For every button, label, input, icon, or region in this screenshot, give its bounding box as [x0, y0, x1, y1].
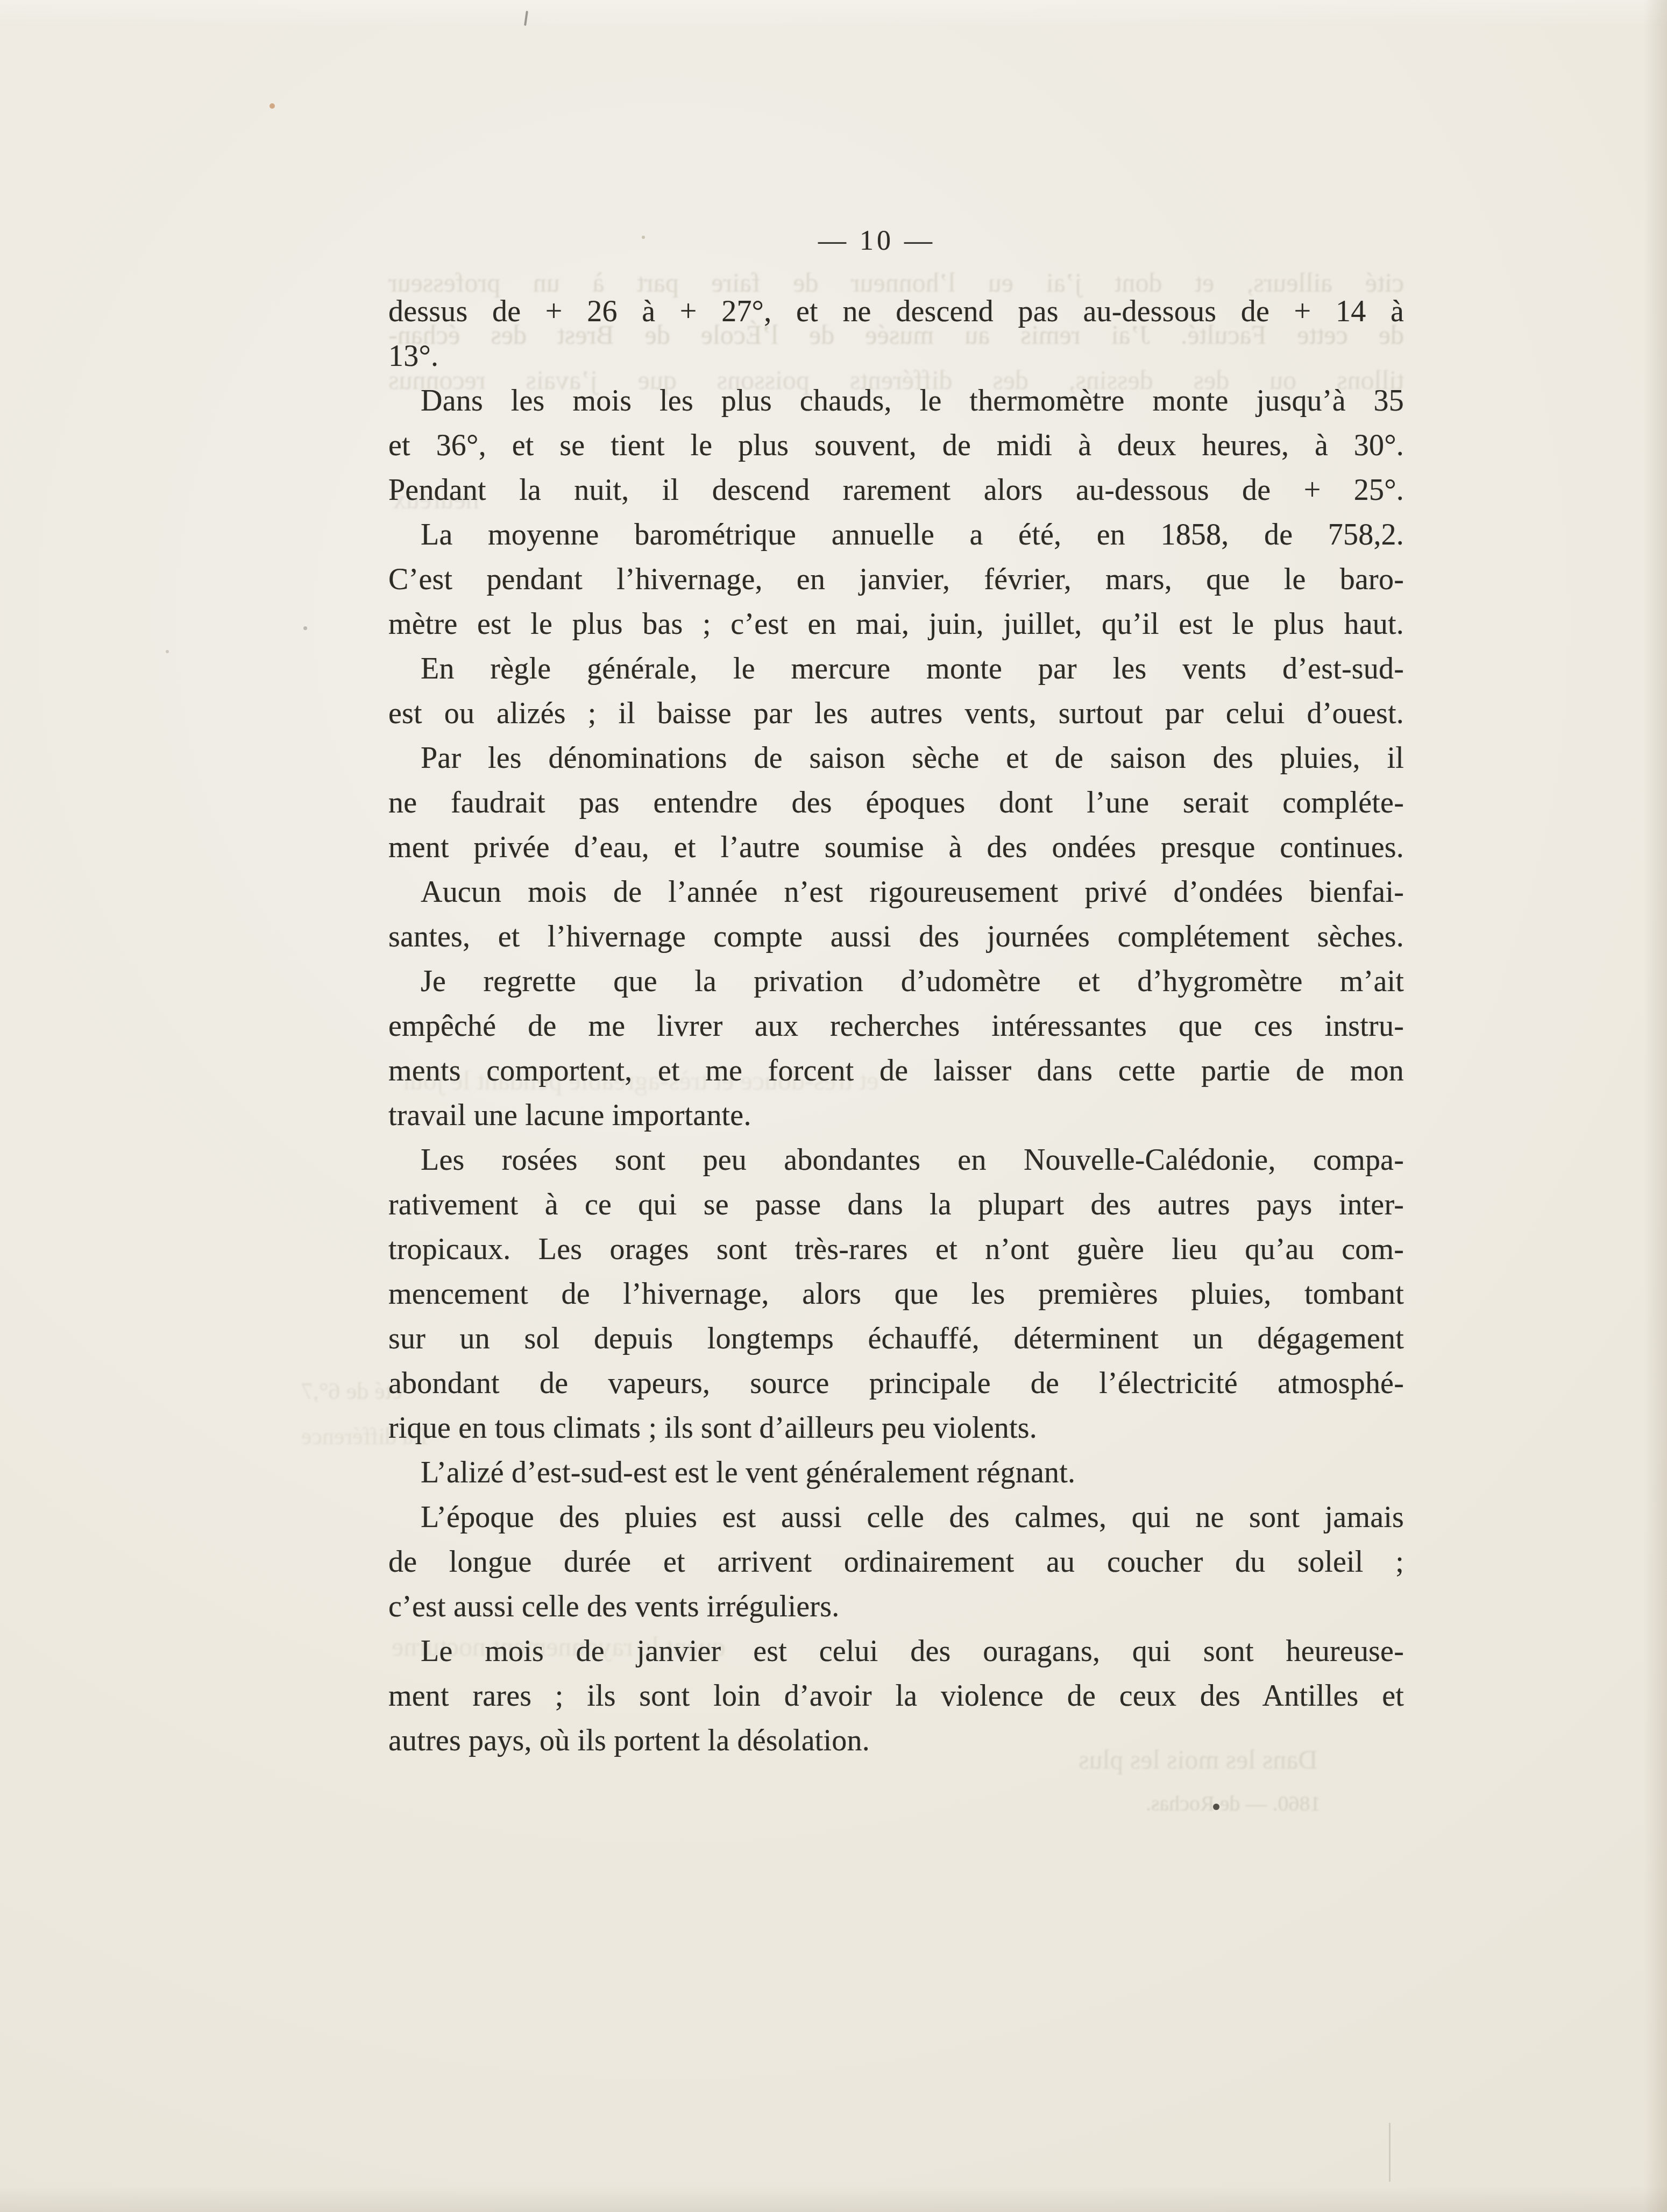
paragraph: dessus de + 26 à + 27°, et ne descend pa…: [388, 289, 1404, 379]
text-line: Les rosées sont peu abondantes en Nouvel…: [388, 1138, 1404, 1183]
bleedthrough-text: été de 6°,7: [301, 1375, 402, 1408]
text-line: ment privée d’eau, et l’autre soumise à …: [388, 825, 1404, 870]
text-line: de longue durée et arrivent ordinairemen…: [388, 1540, 1404, 1585]
text-line: santes, et l’hivernage compte aussi des …: [388, 915, 1404, 959]
bleedthrough-text: 1860. — de Rochas.: [1146, 1787, 1321, 1820]
text-line: empêché de me livrer aux recherches inté…: [388, 1004, 1404, 1049]
text-line: c’est aussi celle des vents irréguliers.: [388, 1585, 1404, 1629]
paragraph: En règle générale, le mercure monte par …: [388, 647, 1404, 736]
text-line: et 36°, et se tient le plus souvent, de …: [388, 423, 1404, 468]
paper-speck: [303, 626, 307, 630]
paragraph: Les rosées sont peu abondantes en Nouvel…: [388, 1138, 1404, 1451]
text-line: sur un sol depuis longtemps échauffé, dé…: [388, 1317, 1404, 1361]
text-line: Dans les mois les plus chauds, le thermo…: [388, 379, 1404, 423]
text-line: abondant de vapeurs, source principale d…: [388, 1361, 1404, 1406]
paper-speck: [1389, 2123, 1391, 2182]
paragraph: Le mois de janvier est celui des ouragan…: [388, 1629, 1404, 1763]
text-line: ments comportent, et me forcent de laiss…: [388, 1049, 1404, 1093]
text-line: La moyenne barométrique annuelle a été, …: [388, 513, 1404, 557]
scanned-book-page: cité ailleurs, et dont j’ai eu l’honneur…: [0, 0, 1667, 2212]
text-line: mètre est le plus bas ; c’est en mai, ju…: [388, 602, 1404, 647]
text-line: rique en tous climats ; ils sont d’aille…: [388, 1406, 1404, 1451]
text-block: dessus de + 26 à + 27°, et ne descend pa…: [388, 289, 1404, 1763]
paper-speck: [642, 236, 645, 239]
text-line: Pendant la nuit, il descend rarement alo…: [388, 468, 1404, 513]
text-line: autres pays, où ils portent la désolatio…: [388, 1719, 1404, 1763]
text-line: mencement de l’hivernage, alors que les …: [388, 1272, 1404, 1317]
text-line: Par les dénominations de saison sèche et…: [388, 736, 1404, 781]
text-line: ne faudrait pas entendre des époques don…: [388, 781, 1404, 825]
paper-speck: [1213, 1804, 1219, 1810]
paragraph: L’époque des pluies est aussi celle des …: [388, 1495, 1404, 1629]
text-line: C’est pendant l’hivernage, en janvier, f…: [388, 557, 1404, 602]
text-line: travail une lacune importante.: [388, 1093, 1404, 1138]
text-line: tropicaux. Les orages sont très-rares et…: [388, 1227, 1404, 1272]
text-line: En règle générale, le mercure monte par …: [388, 647, 1404, 691]
paragraph: Aucun mois de l’année n’est rigoureuseme…: [388, 870, 1404, 959]
page-number: — 10 —: [0, 225, 1667, 257]
paragraph: Dans les mois les plus chauds, le thermo…: [388, 379, 1404, 513]
text-line: rativement à ce qui se passe dans la plu…: [388, 1183, 1404, 1227]
paragraph: Par les dénominations de saison sèche et…: [388, 736, 1404, 870]
paragraph: Je regrette que la privation d’udomètre …: [388, 959, 1404, 1138]
text-line: 13°.: [388, 334, 1404, 379]
text-line: L’alizé d’est-sud-est est le vent généra…: [388, 1451, 1404, 1495]
text-line: ment rares ; ils sont loin d’avoir la vi…: [388, 1674, 1404, 1719]
paragraph: La moyenne barométrique annuelle a été, …: [388, 513, 1404, 647]
text-line: est ou alizés ; il baisse par les autres…: [388, 691, 1404, 736]
text-line: L’époque des pluies est aussi celle des …: [388, 1495, 1404, 1540]
text-line: Je regrette que la privation d’udomètre …: [388, 959, 1404, 1004]
text-line: Le mois de janvier est celui des ouragan…: [388, 1629, 1404, 1674]
text-line: dessus de + 26 à + 27°, et ne descend pa…: [388, 289, 1404, 334]
paragraph: L’alizé d’est-sud-est est le vent généra…: [388, 1451, 1404, 1495]
paper-speck: [166, 650, 169, 653]
paper-speck: [269, 103, 275, 109]
paper-speck: [524, 11, 528, 26]
text-line: Aucun mois de l’année n’est rigoureuseme…: [388, 870, 1404, 915]
